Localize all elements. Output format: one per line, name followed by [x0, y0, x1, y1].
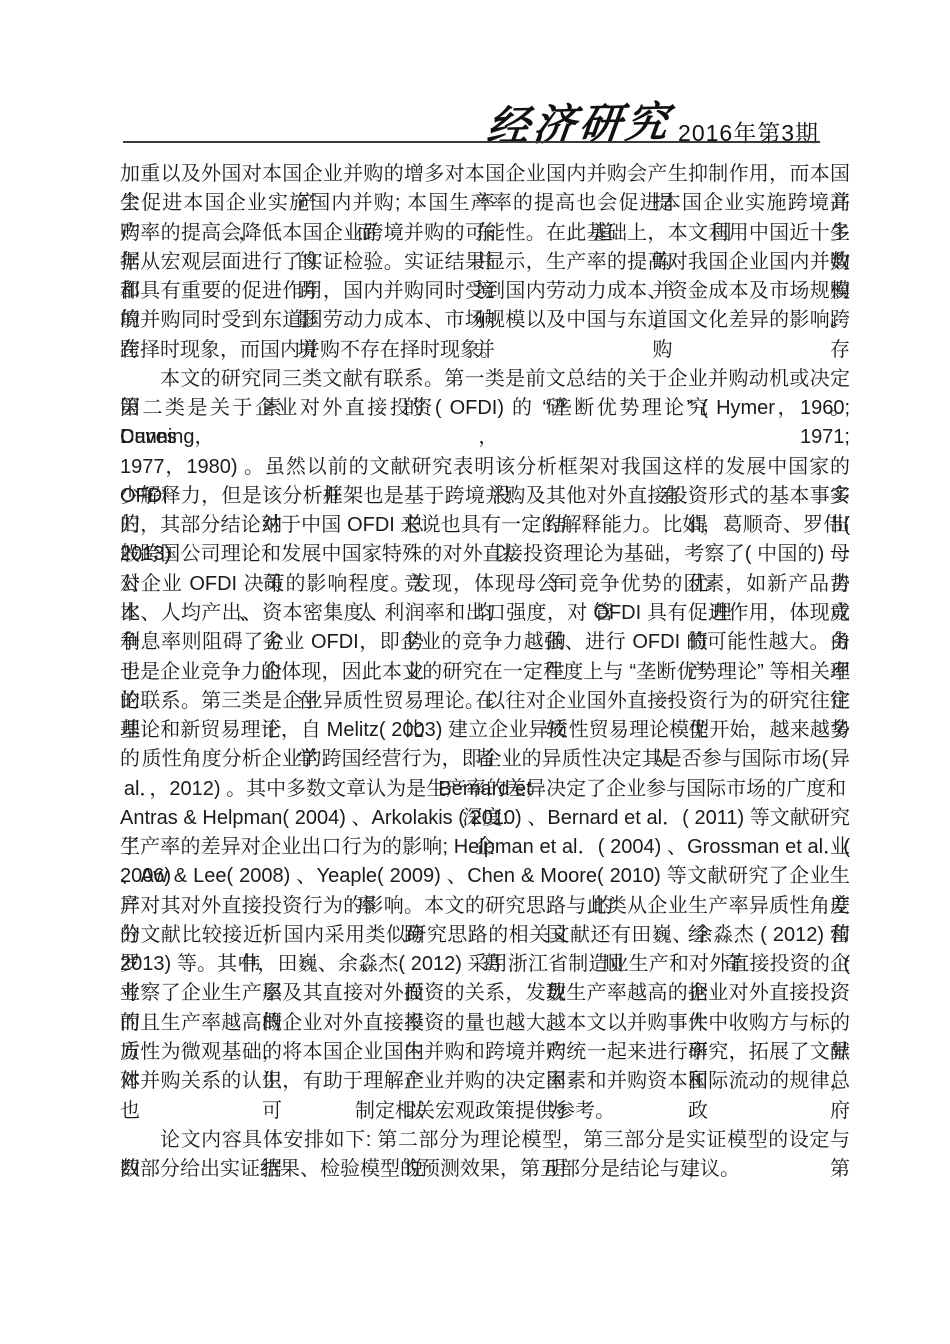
- body-text: 加重以及外国对本国企业并购的增多对本国企业国内并购会产生抑制作用，而本国生产率提…: [120, 160, 850, 1184]
- header-rule: [123, 141, 820, 143]
- issue-label: 2016年第3期: [678, 115, 819, 148]
- text-line: 质性为微观基础，将本国企业国内并购和跨境并购统一起来进行研究，拓展了文献对生产率…: [120, 1038, 850, 1067]
- text-line: 2013) 等。其中，田巍、余淼杰( 2012) 采用浙江省制造业生产和对外直接…: [120, 950, 850, 979]
- text-line: 的文献比较接近，国内采用类似研究思路的相关文献还有田巍、余淼杰 ( 2012) …: [120, 921, 850, 950]
- text-line: 、Aw & Lee( 2008) 、Yeaple( 2009) 、Chen & …: [120, 862, 850, 891]
- text-line: 考察了企业生产率及其直接对外投资的关系，发现生产率越高的企业对外直接投资的概率越…: [120, 979, 850, 1008]
- text-line: 1977，1980) 。虽然以前的文献研究表明该分析框架对我国这样的发展中国家的…: [120, 453, 850, 482]
- text-line: 理论和新贸易理论，自 Melitz( 2003) 建立企业异质性贸易理论模型开始…: [120, 716, 850, 745]
- text-line: Antras & Helpman( 2004) 、Arkolakis ( 201…: [120, 804, 850, 833]
- text-line: 据从宏观层面进行了实证检验。实证结果显示，生产率的提高对我国企业国内并购和跨境并…: [120, 248, 850, 277]
- text-line: 论文内容具体安排如下: 第二部分为理论模型，第三部分是实证模型的设定与数据说明，…: [120, 1126, 850, 1155]
- text-line: 会促进本国企业实施国内并购; 本国生产率的提高也会促进本国企业实施跨境并购，而东…: [120, 189, 850, 218]
- text-line: al．，2012) 。其中多数文章认为是生产率的差异决定了企业参与国际市场的广度…: [120, 775, 850, 804]
- journal-logo: 经济研究: [484, 89, 675, 154]
- text-line: 对企业 OFDI 决策的影响程度。发现，体现母公司竞争优势的因素，如新产品占比、…: [120, 570, 850, 599]
- text-line: 本文的研究同三类文献有联系。第一类是前文总结的关于企业并购动机或决定因素的研究。: [120, 365, 850, 394]
- text-line: 般跨国公司理论和发展中国家特殊的对外直接投资理论为基础，考察了( 中国的) 母公…: [120, 540, 850, 569]
- text-line: 而且生产率越高的企业对外直接投资的量也越大。本文以并购事件中收购方与标的方的生产…: [120, 1009, 850, 1038]
- text-line: 生产率的差异对企业出口行为的影响; Helpman et al．( 2004) …: [120, 833, 850, 862]
- text-line: 质性角度分析企业的跨国经营行为，即企业的异质性决定其是否参与国际市场( Bern…: [120, 745, 850, 774]
- text-line: 体并购关系的认识，有助于理解企业并购的决定因素和并购资本国际流动的规律，也可以为…: [120, 1067, 850, 1096]
- text-line: 异对其对外直接投资行为的影响。本文的研究思路与此类从企业生产率异质性角度分析跨国…: [120, 892, 850, 921]
- text-line: 利息率则阻碍了企业 OFDI，即企业的竞争力越强、进行 OFDI 的可能性越大。…: [120, 628, 850, 657]
- text-line: 境并购同时受到东道国劳动力成本、市场规模以及中国与东道国文化差异的影响。跨境并购…: [120, 306, 850, 335]
- page-header: 经济研究 2016年第3期: [484, 94, 819, 154]
- text-line: 本、人均产出、资本密集度、利润率和出口强度，对 OFDI 具有促进作用，体现竞争…: [120, 599, 850, 628]
- text-line: 的联系。第三类是企业异质性贸易理论。以往对企业国外直接投资行为的研究往往基于比较…: [120, 687, 850, 716]
- text-line: 都具有重要的促进作用，国内并购同时受到国内劳动力成本、资金成本及市场规模的影响，…: [120, 277, 850, 306]
- text-line: 少解释力，但是该分析框架也是基于跨境并购及其他对外直接投资形式的基本事实归纳总结…: [120, 482, 850, 511]
- page: 经济研究 2016年第3期 加重以及外国对本国企业并购的增多对本国企业国内并购会…: [0, 0, 950, 1344]
- text-line: 加重以及外国对本国企业并购的增多对本国企业国内并购会产生抑制作用，而本国生产率提…: [120, 160, 850, 189]
- text-line: 第二类是关于企业对外直接投资( OFDI) 的 “垄断优势理论” ( Hymer…: [120, 394, 850, 423]
- text-line: 的，其部分结论对于中国 OFDI 来说也具有一定的解释能力。比如，葛顺奇、罗伟(…: [120, 511, 850, 540]
- text-line: 产率的提高会降低本国企业跨境并购的可能性。在此基础上，本文利用中国近十多年的并购…: [120, 219, 850, 248]
- text-line: 也是企业竞争力的体现，因此本文的研究在一定程度上与 “垄断优势理论” 等相关理论…: [120, 658, 850, 687]
